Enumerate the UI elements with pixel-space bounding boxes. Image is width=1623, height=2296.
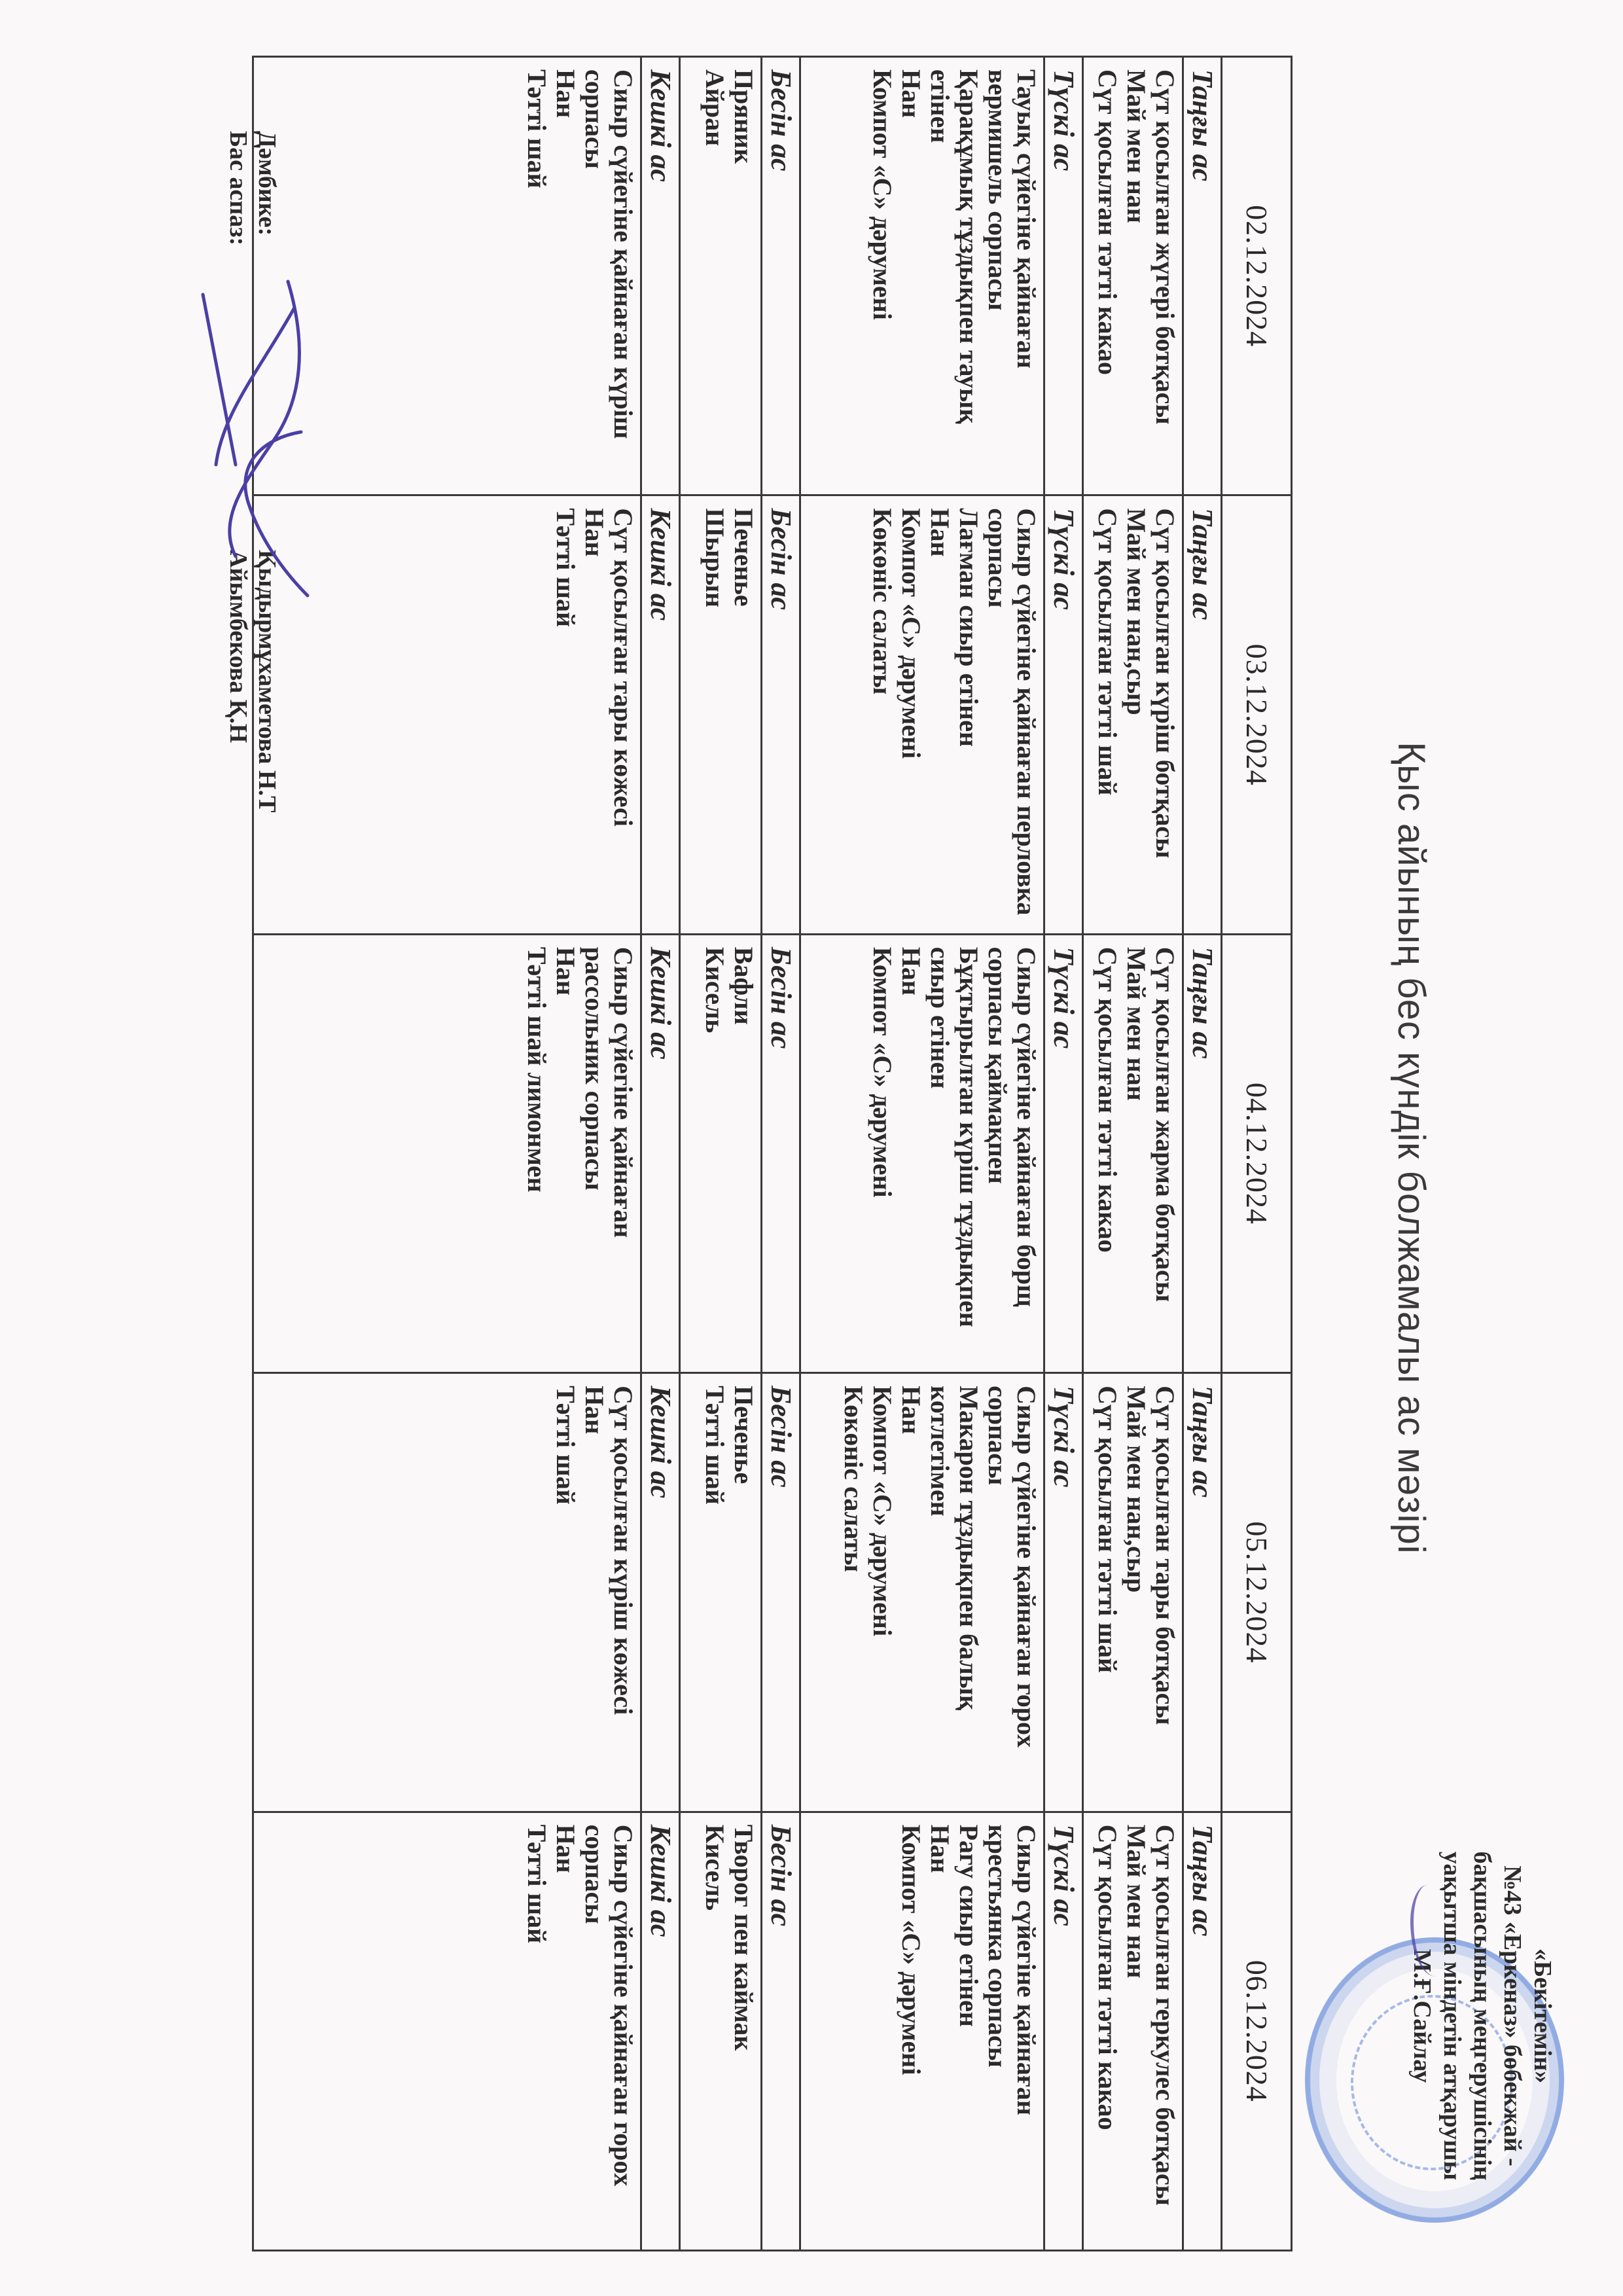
dish-item: Шырын bbox=[700, 508, 729, 921]
dishes-cell-lunch: Сиыр сүйегіне қайнаған горох сорпасыМака… bbox=[800, 1373, 1044, 1812]
date-cell: 02.12.2024 bbox=[1222, 57, 1292, 495]
dish-item: Сүт қосылған тары ботқасы bbox=[1150, 1386, 1179, 1799]
dish-item: Тәтті шай bbox=[700, 1386, 729, 1799]
dishes-cell-breakfast: Сүт қосылған күріш ботқасыМай мен нан,сы… bbox=[1083, 495, 1183, 934]
dish-item: Рагу сиыр етінен bbox=[954, 1825, 983, 2238]
dishes-cell-lunch: Тауық сүйегіне қайнаған вермишель сорпас… bbox=[800, 57, 1044, 495]
meal-label-row: Таңғы асТаңғы асТаңғы асТаңғы асТаңғы ас bbox=[1183, 57, 1222, 2251]
signature-scribble-icon bbox=[190, 268, 314, 609]
dish-item: Компот «С» дәрумені bbox=[897, 508, 925, 921]
dish-item: Май мен нан bbox=[1122, 69, 1150, 482]
meal-label-dinner: Кешкі ас bbox=[641, 934, 680, 1372]
dish-item: Тәтті шай bbox=[551, 508, 580, 921]
dish-item: Нан bbox=[897, 69, 925, 482]
dish-item: Компот «С» дәрумені bbox=[868, 1386, 897, 1799]
meal-label-snack: Бесін ас bbox=[762, 1373, 800, 1812]
dish-item: Тауық сүйегіне қайнаған вермишель сорпас… bbox=[983, 69, 1041, 482]
dishes-cell-lunch: Сиыр сүйегіне қайнаған перловка сорпасыЛ… bbox=[800, 495, 1044, 934]
meal-label-lunch: Түскі ас bbox=[1044, 934, 1083, 1372]
dish-item: Қарақұмық тұздықпен тауық етінен bbox=[925, 69, 983, 482]
dish-item: Пряник bbox=[729, 69, 758, 482]
meal-dishes-row: Сүт қосылған жүгері ботқасыМай мен нанСү… bbox=[1083, 57, 1183, 2251]
dish-item: Сүт қосылған геркулес ботқасы bbox=[1150, 1825, 1179, 2238]
meal-label-snack: Бесін ас bbox=[762, 1812, 800, 2250]
dish-item: Нан bbox=[925, 1825, 954, 2238]
dishes-cell-breakfast: Сүт қосылған жүгері ботқасыМай мен нанСү… bbox=[1083, 57, 1183, 495]
dish-item: Нан bbox=[580, 1386, 609, 1799]
page-title: Қыс айының бес күндік болжамалы ас мәзір… bbox=[1389, 0, 1433, 2296]
meal-label-row: Бесін асБесін асБесін асБесін асБесін ас bbox=[762, 57, 800, 2251]
meal-label-breakfast: Таңғы ас bbox=[1183, 495, 1222, 934]
menu-sheet: «Бекітемін» №43 «Еркеназ» бөбекжай - бақ… bbox=[0, 0, 1623, 2296]
dish-item: Тәтті шай bbox=[522, 69, 551, 482]
approval-line: уақытша міндетін атқарушы bbox=[1437, 1806, 1467, 2225]
date-cell: 05.12.2024 bbox=[1222, 1373, 1292, 1812]
meal-label-lunch: Түскі ас bbox=[1044, 1812, 1083, 2250]
date-cell: 04.12.2024 bbox=[1222, 934, 1292, 1372]
dish-item: Май мен нан,сыр bbox=[1122, 1386, 1150, 1799]
meal-dishes-row: ПряникАйранПеченьеШырынВафлиКисельПечень… bbox=[680, 57, 762, 2251]
dish-item: Тәтті шай bbox=[551, 1386, 580, 1799]
dish-item: Май мен нан bbox=[1122, 947, 1150, 1360]
dish-item: Нан bbox=[897, 947, 925, 1360]
dish-item: Вафли bbox=[729, 947, 758, 1360]
dish-item: Лағман сиыр етінен bbox=[954, 508, 983, 921]
dish-item: Сиыр сүйегіне қайнаған перловка сорпасы bbox=[983, 508, 1041, 921]
dish-item: Сүт қосылған тәтті какао bbox=[1093, 947, 1122, 1360]
dish-item: Печенье bbox=[729, 508, 758, 921]
approval-line: №43 «Еркеназ» бөбекжай - bbox=[1497, 1806, 1527, 2225]
dish-item: Тәтті шай лимонмен bbox=[522, 947, 551, 1360]
dishes-cell-breakfast: Сүт қосылған жарма ботқасыМай мен нанСүт… bbox=[1083, 934, 1183, 1372]
dish-item: Май мен нан bbox=[1122, 1825, 1150, 2238]
approval-line: бақшасының меңгерушісінің bbox=[1467, 1806, 1497, 2225]
meal-label-dinner: Кешкі ас bbox=[641, 1812, 680, 2250]
dish-item: Сиыр сүйегіне қайнаған борщ сорпасы қайм… bbox=[983, 947, 1041, 1360]
meal-label-snack: Бесін ас bbox=[762, 57, 800, 495]
meal-label-lunch: Түскі ас bbox=[1044, 57, 1083, 495]
dish-item: Айран bbox=[700, 69, 729, 482]
dishes-cell-lunch: Сиыр сүйегіне қайнаған борщ сорпасы қайм… bbox=[800, 934, 1044, 1372]
dish-item: Сүт қосылған күріш ботқасы bbox=[1150, 508, 1179, 921]
dishes-cell-dinner: Сүт қосылған күріш көжесіНанТәтті шай bbox=[253, 1373, 641, 1812]
meal-label-dinner: Кешкі ас bbox=[641, 57, 680, 495]
dish-item: Кисель bbox=[700, 1825, 729, 2238]
meal-label-breakfast: Таңғы ас bbox=[1183, 57, 1222, 495]
dishes-cell-breakfast: Сүт қосылған геркулес ботқасыМай мен нан… bbox=[1083, 1812, 1183, 2250]
dish-item: Сиыр сүйегіне қайнаған күріш сорпасы bbox=[580, 69, 637, 482]
dish-item: Творог пен каймак bbox=[729, 1825, 758, 2238]
dish-item: Көкөніс салаты bbox=[868, 508, 897, 921]
meal-dishes-row: Тауық сүйегіне қайнаған вермишель сорпас… bbox=[800, 57, 1044, 2251]
dish-item: Сүт қосылған тәтті какао bbox=[1093, 69, 1122, 482]
dishes-cell-snack: ПеченьеТәтті шай bbox=[680, 1373, 762, 1812]
dishes-cell-lunch: Сиыр сүйегіне қайнаған крестьянка сорпас… bbox=[800, 1812, 1044, 2250]
dish-item: Компот «С» дәрумені bbox=[868, 69, 897, 482]
date-cell: 03.12.2024 bbox=[1222, 495, 1292, 934]
dish-item: Нан bbox=[580, 508, 609, 921]
date-cell: 06.12.2024 bbox=[1222, 1812, 1292, 2250]
dishes-cell-dinner: Сиыр сүйегіне қайнаған рассольник сорпас… bbox=[253, 934, 641, 1372]
dish-item: Сиыр сүйегіне қайнаған горох сорпасы bbox=[580, 1825, 637, 2238]
dish-item: Сүт қосылған тары көжесі bbox=[609, 508, 637, 921]
dish-item: Тәтті шай bbox=[522, 1825, 551, 2238]
meal-label-dinner: Кешкі ас bbox=[641, 1373, 680, 1812]
meal-label-snack: Бесін ас bbox=[762, 934, 800, 1372]
meal-label-row: Кешкі асКешкі асКешкі асКешкі асКешкі ас bbox=[641, 57, 680, 2251]
dish-item: Бұқтырылған күріш тұздықпен сиыр етінен bbox=[925, 947, 983, 1360]
dish-item: Сиыр сүйегіне қайнаған горох сорпасы bbox=[983, 1386, 1041, 1799]
dish-item: Нан bbox=[551, 69, 580, 482]
dish-item: Сүт қосылған тәтті шай bbox=[1093, 508, 1122, 921]
date-header-row: 02.12.202403.12.202404.12.202405.12.2024… bbox=[1222, 57, 1292, 2251]
dish-item: Сиыр сүйегіне қайнаған крестьянка сорпас… bbox=[983, 1825, 1041, 2238]
dish-item: Макарон тұздықпен балық котлетімен bbox=[925, 1386, 983, 1799]
dishes-cell-snack: ПеченьеШырын bbox=[680, 495, 762, 934]
dish-item: Компот «С» дәрумені bbox=[868, 947, 897, 1360]
dish-item: Нан bbox=[551, 1825, 580, 2238]
meal-label-breakfast: Таңғы ас bbox=[1183, 934, 1222, 1372]
dish-item: Нан bbox=[897, 1386, 925, 1799]
meal-label-lunch: Түскі ас bbox=[1044, 1373, 1083, 1812]
meal-label-dinner: Кешкі ас bbox=[641, 495, 680, 934]
dishes-cell-snack: ВафлиКисель bbox=[680, 934, 762, 1372]
dishes-cell-dinner: Сиыр сүйегіне қайнаған горох сорпасыНанТ… bbox=[253, 1812, 641, 2250]
dish-item: Сүт қосылған жүгері ботқасы bbox=[1150, 69, 1179, 482]
approval-line: «Бекітемін» bbox=[1527, 1806, 1558, 2225]
dish-item: Нан bbox=[551, 947, 580, 1360]
dish-item: Кисель bbox=[700, 947, 729, 1360]
dishes-cell-snack: ПряникАйран bbox=[680, 57, 762, 495]
meal-label-snack: Бесін ас bbox=[762, 495, 800, 934]
dish-item: Көкөніс салаты bbox=[839, 1386, 868, 1799]
dish-item: Сүт қосылған тәтті шай bbox=[1093, 1386, 1122, 1799]
meal-label-breakfast: Таңғы ас bbox=[1183, 1812, 1222, 2250]
dish-item: Сүт қосылған жарма ботқасы bbox=[1150, 947, 1179, 1360]
menu-table: 02.12.202403.12.202404.12.202405.12.2024… bbox=[252, 56, 1293, 2251]
dish-item: Сиыр сүйегіне қайнаған рассольник сорпас… bbox=[580, 947, 637, 1360]
dishes-cell-breakfast: Сүт қосылған тары ботқасыМай мен нан,сыр… bbox=[1083, 1373, 1183, 1812]
meal-label-lunch: Түскі ас bbox=[1044, 495, 1083, 934]
signature-block: Дәмбике: Қыдырмұхаметова Н.Т Бас аспаз: … bbox=[224, 131, 281, 1047]
meal-label-row: Түскі асТүскі асТүскі асТүскі асТүскі ас bbox=[1044, 57, 1083, 2251]
dish-item: Сүт қосылған күріш көжесі bbox=[609, 1386, 637, 1799]
dish-item: Май мен нан,сыр bbox=[1122, 508, 1150, 921]
dish-item: Нан bbox=[925, 508, 954, 921]
dish-item: Сүт қосылған тәтті какао bbox=[1093, 1825, 1122, 2238]
dish-item: Печенье bbox=[729, 1386, 758, 1799]
meal-label-breakfast: Таңғы ас bbox=[1183, 1373, 1222, 1812]
dish-item: Компот «С» дәрумені bbox=[897, 1825, 925, 2238]
dishes-cell-snack: Творог пен каймакКисель bbox=[680, 1812, 762, 2250]
